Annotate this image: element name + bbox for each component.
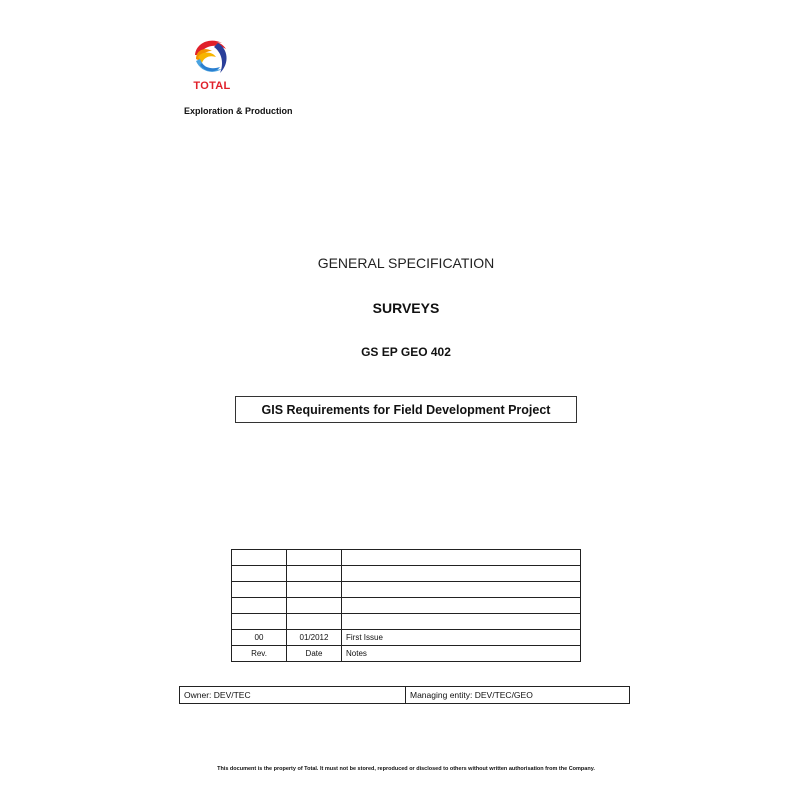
date-cell: [287, 550, 342, 566]
table-row: [232, 550, 581, 566]
rev-cell: [232, 550, 287, 566]
notes-cell: [342, 582, 581, 598]
notes-cell: [342, 550, 581, 566]
owner-cell: Owner: DEV/TEC: [180, 687, 406, 704]
document-title: GIS Requirements for Field Development P…: [262, 403, 551, 417]
date-cell: [287, 582, 342, 598]
table-row: [232, 598, 581, 614]
division-label: Exploration & Production: [184, 106, 293, 116]
document-code: GS EP GEO 402: [0, 345, 800, 359]
date-header: Date: [287, 646, 342, 662]
logo-wordmark: TOTAL: [189, 80, 235, 92]
managing-entity-cell: Managing entity: DEV/TEC/GEO: [406, 687, 630, 704]
notes-cell: [342, 598, 581, 614]
document-subject: SURVEYS: [0, 300, 800, 316]
total-logo-icon: [190, 35, 232, 79]
notes-cell: [342, 614, 581, 630]
rev-cell: [232, 566, 287, 582]
notes-cell: First Issue: [342, 630, 581, 646]
table-row: Owner: DEV/TEC Managing entity: DEV/TEC/…: [180, 687, 630, 704]
notes-header: Notes: [342, 646, 581, 662]
date-cell: [287, 566, 342, 582]
date-cell: [287, 598, 342, 614]
table-row: 00 01/2012 First Issue: [232, 630, 581, 646]
document-type: GENERAL SPECIFICATION: [0, 255, 800, 271]
property-notice: This document is the property of Total. …: [0, 766, 800, 772]
date-cell: [287, 614, 342, 630]
table-header-row: Rev. Date Notes: [232, 646, 581, 662]
rev-header: Rev.: [232, 646, 287, 662]
table-row: [232, 566, 581, 582]
notes-cell: [342, 566, 581, 582]
table-row: [232, 582, 581, 598]
table-row: [232, 614, 581, 630]
rev-cell: 00: [232, 630, 287, 646]
rev-cell: [232, 614, 287, 630]
document-title-box: GIS Requirements for Field Development P…: [235, 396, 577, 423]
revision-table: 00 01/2012 First Issue Rev. Date Notes: [231, 549, 581, 662]
rev-cell: [232, 598, 287, 614]
date-cell: 01/2012: [287, 630, 342, 646]
rev-cell: [232, 582, 287, 598]
ownership-table: Owner: DEV/TEC Managing entity: DEV/TEC/…: [179, 686, 630, 704]
